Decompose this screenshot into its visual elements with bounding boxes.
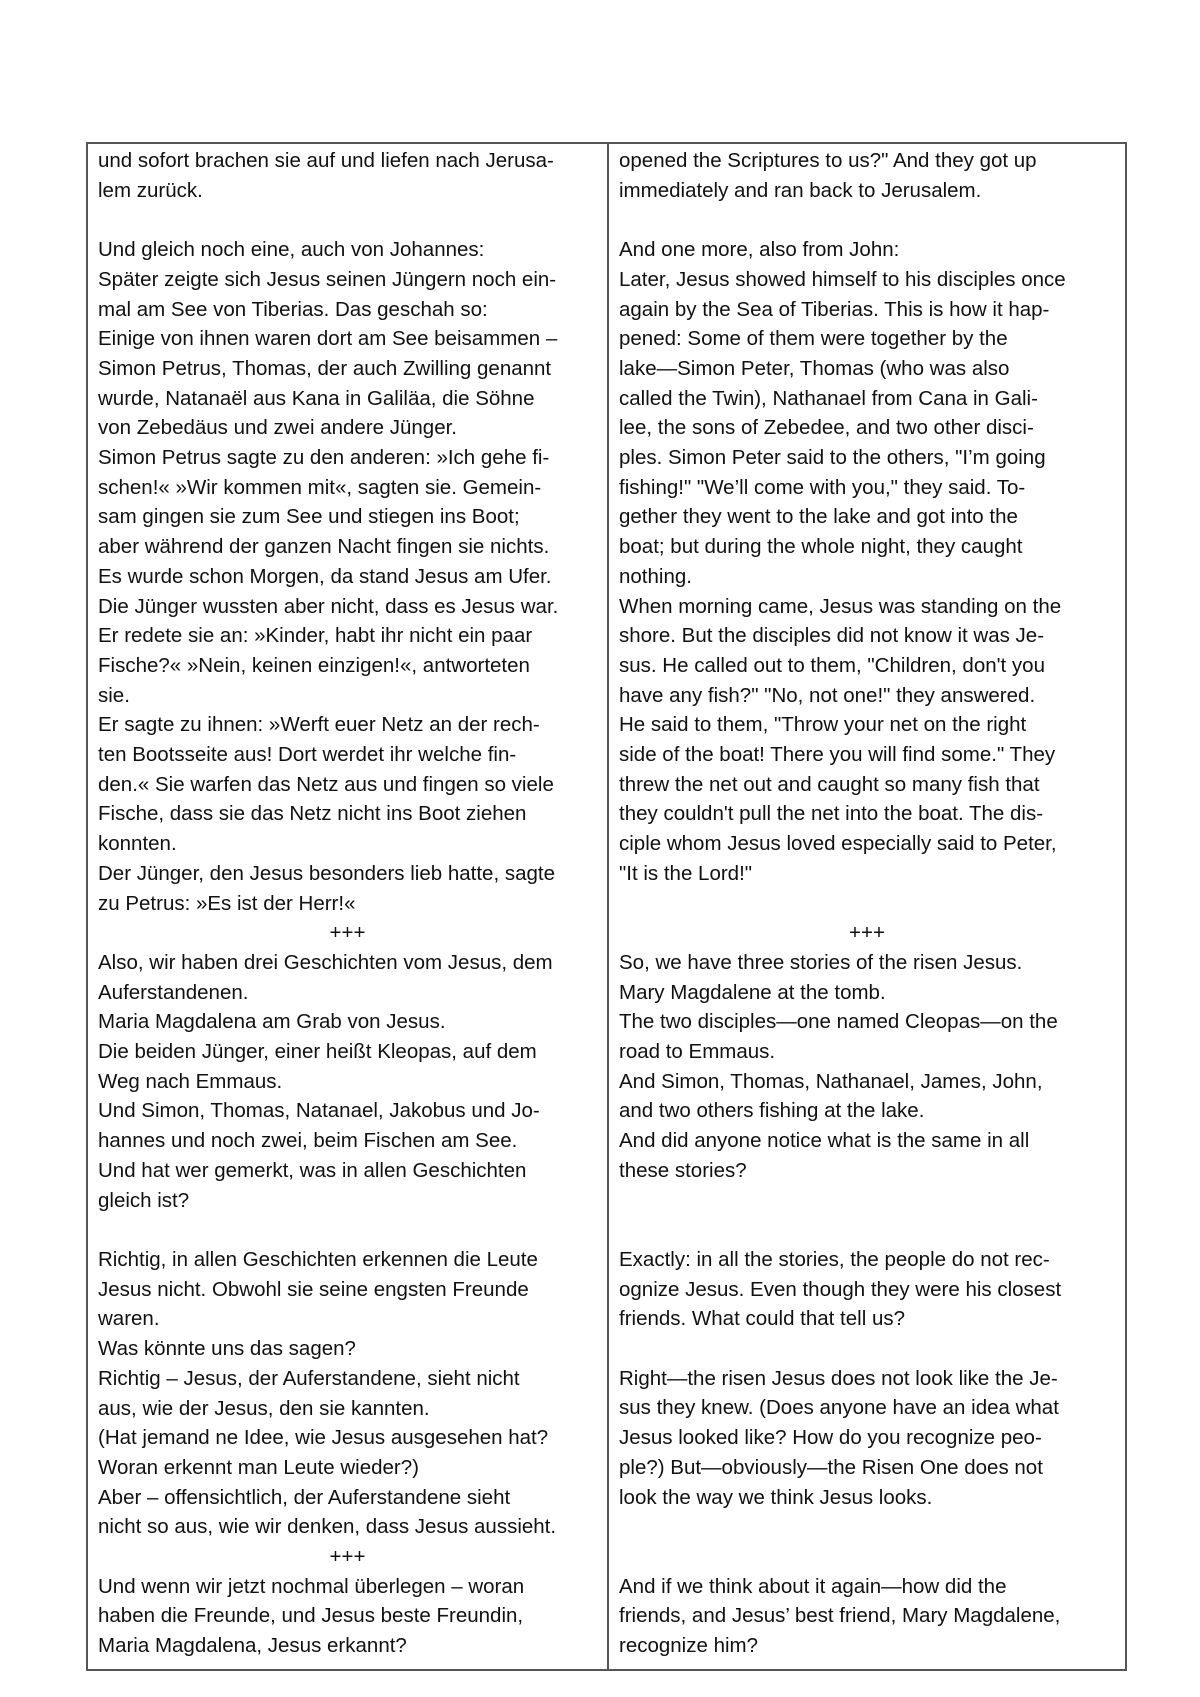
- english-paragraph-4b: Right—the risen Jesus does not look like…: [619, 1364, 1115, 1513]
- spacer: [619, 1512, 1115, 1542]
- spacer: [619, 1334, 1115, 1364]
- table-row: und sofort brachen sie auf und liefen na…: [87, 143, 1126, 1670]
- bilingual-table: und sofort brachen sie auf und liefen na…: [86, 142, 1127, 1671]
- english-separator-1: +++: [619, 918, 1115, 948]
- german-paragraph-5: Und wenn wir jetzt nochmal überlegen – w…: [98, 1572, 597, 1661]
- english-column: opened the Scriptures to us?" And they g…: [608, 143, 1126, 1670]
- spacer: [98, 1215, 597, 1245]
- spacer: [619, 1186, 1115, 1216]
- document-page: und sofort brachen sie auf und liefen na…: [0, 0, 1200, 1697]
- german-paragraph-1: und sofort brachen sie auf und liefen na…: [98, 146, 597, 205]
- spacer: [619, 889, 1115, 919]
- english-paragraph-1: opened the Scriptures to us?" And they g…: [619, 146, 1115, 205]
- spacer: [98, 205, 597, 235]
- spacer: [619, 205, 1115, 235]
- english-paragraph-3: So, we have three stories of the risen J…: [619, 948, 1115, 1186]
- german-paragraph-3: Also, wir haben drei Geschichten vom Jes…: [98, 948, 597, 1215]
- spacer: [619, 1542, 1115, 1572]
- german-column: und sofort brachen sie auf und liefen na…: [87, 143, 608, 1670]
- german-paragraph-4: Richtig, in allen Geschichten erkennen d…: [98, 1245, 597, 1542]
- german-paragraph-2: Und gleich noch eine, auch von Johannes:…: [98, 235, 597, 918]
- english-paragraph-2: And one more, also from John: Later, Jes…: [619, 235, 1115, 888]
- english-paragraph-5: And if we think about it again—how did t…: [619, 1572, 1115, 1661]
- english-paragraph-4a: Exactly: in all the stories, the people …: [619, 1245, 1115, 1334]
- spacer: [619, 1215, 1115, 1245]
- german-separator-1: +++: [98, 918, 597, 948]
- german-separator-2: +++: [98, 1542, 597, 1572]
